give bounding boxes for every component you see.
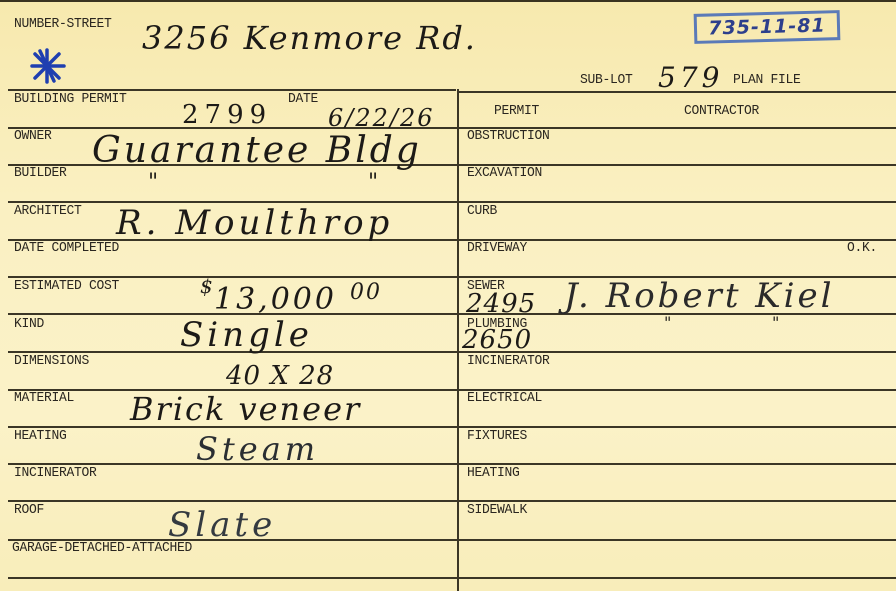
architect-label: ARCHITECT [14, 204, 82, 218]
contractor-column-header: CONTRACTOR [684, 104, 759, 118]
rule [458, 91, 896, 93]
builder-ditto-left: " [148, 172, 158, 194]
date-label: DATE [288, 92, 318, 106]
estimated-cost-label: ESTIMATED COST [14, 279, 119, 293]
driveway-label: DRIVEWAY [467, 241, 527, 255]
material-label: MATERIAL [14, 391, 74, 405]
kind-label: KIND [14, 317, 44, 331]
garage-label: GARAGE-DETACHED-ATTACHED [12, 541, 192, 555]
rule [8, 577, 896, 579]
date-value: 6/22/26 [328, 106, 435, 130]
sidewalk-label: SIDEWALK [467, 503, 527, 517]
estimated-cost-value: 13,000 [214, 285, 337, 315]
dimensions-value: 40 X 28 [226, 363, 334, 389]
number-street-label: NUMBER-STREET [14, 17, 112, 31]
permit-column-header: PERMIT [494, 104, 539, 118]
owner-value: Guarantee Bldg [92, 133, 422, 169]
fixtures-label: FIXTURES [467, 429, 527, 443]
dimensions-label: DIMENSIONS [14, 354, 89, 368]
sewer-contractor-value: J. Robert Kiel [564, 279, 835, 313]
rule [8, 127, 896, 129]
driveway-ok-note: O.K. [847, 241, 877, 255]
heating-label: HEATING [14, 429, 67, 443]
kind-value: Single [180, 318, 313, 352]
builder-label: BUILDER [14, 166, 67, 180]
excavation-label: EXCAVATION [467, 166, 542, 180]
date-completed-label: DATE COMPLETED [14, 241, 119, 255]
architect-value: R. Moulthrop [116, 206, 393, 240]
plan-file-label: PLAN FILE [733, 73, 801, 87]
plumbing-ditto-1: " [664, 315, 671, 331]
roof-label: ROOF [14, 503, 44, 517]
material-value: Brick veneer [130, 393, 361, 425]
cost-cents: 00 [350, 282, 382, 304]
plumbing-ditto-2: " [772, 315, 779, 331]
card-top-edge [0, 0, 896, 2]
owner-label: OWNER [14, 129, 52, 143]
rule [8, 351, 896, 353]
incinerator-label: INCINERATOR [14, 466, 97, 480]
rule [8, 500, 896, 502]
curb-label: CURB [467, 204, 497, 218]
cost-dollar: $ [200, 276, 213, 296]
obstruction-label: OBSTRUCTION [467, 129, 550, 143]
number-street-value: 3256 Kenmore Rd. [142, 22, 477, 54]
file-number-stamp: 735-11-81 [694, 10, 841, 44]
sub-lot-label: SUB-LOT [580, 73, 633, 87]
incinerator-permit-label: INCINERATOR [467, 354, 550, 368]
column-divider [457, 89, 459, 591]
rule [8, 463, 896, 465]
heating-value: Steam [196, 433, 319, 465]
plumbing-permit-value: 2650 [462, 327, 532, 353]
electrical-label: ELECTRICAL [467, 391, 542, 405]
heating-permit-label: HEATING [467, 466, 520, 480]
sub-lot-value: 579 [658, 64, 723, 92]
sewer-permit-value: 2495 [466, 291, 536, 317]
builder-ditto-right: " [368, 172, 378, 194]
building-permit-value: 2799 [182, 102, 272, 128]
building-permit-label: BUILDING PERMIT [14, 92, 127, 106]
permit-card: NUMBER-STREET 3256 Kenmore Rd. 735-11-81… [0, 0, 896, 591]
roof-value: Slate [168, 508, 276, 542]
asterisk-icon [24, 46, 70, 86]
